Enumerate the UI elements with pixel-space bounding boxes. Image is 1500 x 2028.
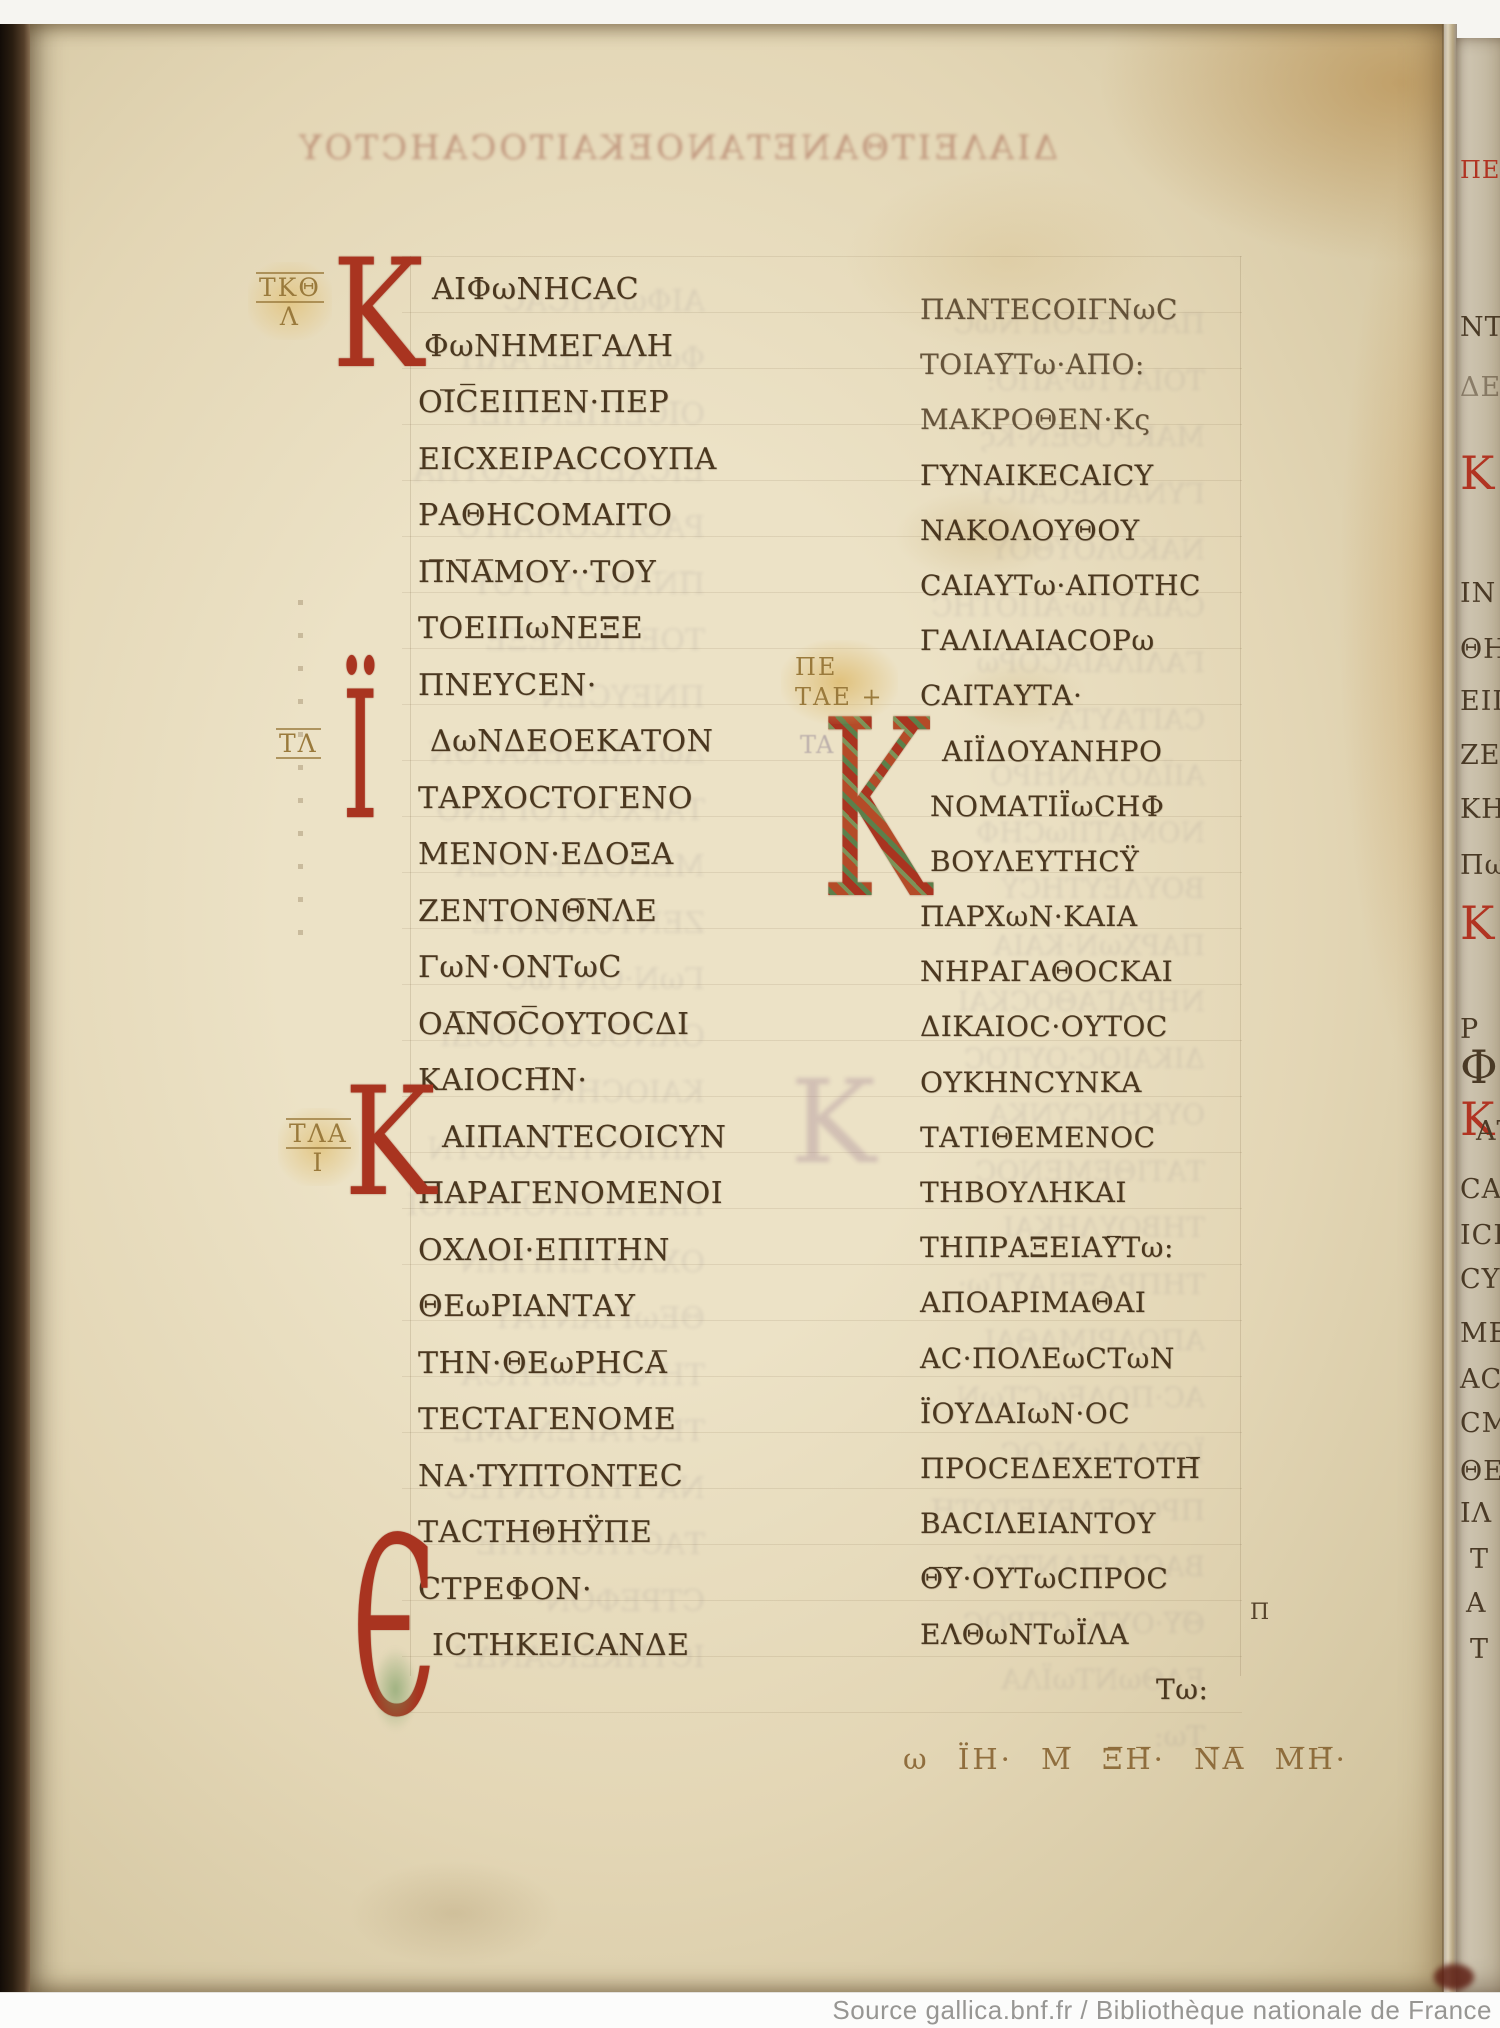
page-mark: Π: [1250, 1602, 1269, 1624]
text-line: ΡΑΘΗCΟΜΑΙΤΟ: [418, 488, 726, 545]
text-line: ΝΑΚΟΛΟΥΘΟΥ: [920, 503, 1208, 558]
text-line: ΒΑCΙΛΕΙΑΝΤΟΥ: [920, 1496, 1208, 1551]
facing-page-text-fragment: ΑCΑ: [1460, 1366, 1500, 1393]
text-line: ΓωΝ·ΟΝΤωC: [418, 940, 726, 997]
text-line: ΓΥΝΑΙΚΕCΑΙCΥ: [920, 448, 1208, 503]
facing-page-text-fragment: ΑΤ: [1476, 1118, 1500, 1145]
text-line: ΕΙCΧΕΙΡΑCCΟΥΠΑ: [418, 432, 726, 489]
pricking-dots: [298, 600, 303, 960]
facing-page-text-fragment: Κ: [1460, 900, 1495, 946]
facing-page-text-fragment: ΔΕ: [1460, 374, 1500, 401]
facing-page-text-fragment: Ρ: [1460, 1016, 1479, 1043]
text-line: ΪΟΥΔΑΙωΝ·ΟC: [920, 1386, 1208, 1441]
illuminated-initial: Κ: [820, 688, 933, 933]
lection-number: ΤΚΘ: [256, 272, 324, 303]
lection-canon: Λ: [256, 303, 324, 330]
text-line: ΕΛΘωΝΤωΪΛΑ: [920, 1607, 1208, 1662]
facing-page-text-fragment: ΘΕ: [1460, 1458, 1500, 1485]
text-line: ΤΕCΤΑΓΕΝΟΜΕ: [418, 1392, 726, 1449]
rubric-line-2: ΤΑΕ +: [795, 682, 884, 712]
text-line: ΤΗΝ·ΘΕωΡΗCΑ̅: [418, 1336, 726, 1393]
text-line: ΤΑΤΙΘΕΜΕΝΟC: [920, 1110, 1208, 1165]
text-line: ΝΑ·ΤΥΠΤΟΝΤΕC: [418, 1449, 726, 1506]
text-line: ΠΑΡΧωΝ·ΚΑΙΑ: [920, 889, 1208, 944]
text-line: ΔΙΚΑΙΟC·ΟΥΤΟC: [920, 999, 1208, 1054]
text-line: ΔωΝΔΕΟΕΚΑΤΟΝ: [430, 714, 726, 771]
text-line: ΑΠΟΑΡΙΜΑΘΑΙ: [920, 1275, 1208, 1330]
text-line: ΦωΝΗΜΕΓΑΛΗ: [424, 319, 726, 376]
binding-edge-blob: [1434, 1964, 1474, 1990]
text-line: Π̅Ν̅Α̅ΜΟΥ··ΤΟΥ: [418, 545, 726, 602]
illuminated-initial: Є: [352, 1506, 436, 1751]
margin-lection-note: ΤΛ: [276, 728, 321, 759]
lection-canon: Ι: [286, 1149, 351, 1176]
facing-page-text-fragment: ΖΕΝ: [1460, 742, 1500, 769]
text-line: ΠΡΟCΕΔΕΧΕΤΟΤΗ̅: [920, 1441, 1208, 1496]
text-line: Θ̅Υ̅·ΟΥΤωCΠΡΟC: [920, 1551, 1208, 1606]
text-line: ΜΑΚΡΟΘΕΝ·Κς: [920, 392, 1208, 447]
lection-number: ΤΛ: [276, 728, 321, 759]
facing-page-text-fragment: Κ: [1460, 450, 1495, 496]
text-line: ΟΙ̅C̅ΕΙΠΕΝ·ΠΕΡ: [418, 375, 726, 432]
text-line: ΘΕωΡΙΑΝΤΑΥ: [418, 1279, 726, 1336]
gallica-footer: Source gallica.bnf.fr / Bibliothèque nat…: [0, 1992, 1500, 2028]
facing-page-text-fragment: ΠΕ: [1460, 158, 1500, 182]
text-line: ΤΟΕΙΠωΝΕΞΕ: [418, 601, 726, 658]
text-line: ΑΙΪΔΟΥΑΝΗΡΟ: [942, 724, 1208, 779]
text-line: ΤΑCΤΗΘΗΫΠΕ: [418, 1505, 726, 1562]
text-line: ΤΑΡΧΟCΤΟΓΕΝΟ: [418, 771, 726, 828]
text-line: ΑC·ΠΟΛΕωCΤωΝ: [920, 1331, 1208, 1386]
facing-page-text-fragment: ΘΗ: [1460, 636, 1500, 663]
facing-page-text-fragment: ΜΕ: [1460, 1320, 1500, 1347]
facing-page-text-fragment: Πω: [1460, 852, 1500, 879]
facing-page-text-fragment: CΑΙ: [1460, 1176, 1500, 1203]
intercolumn-rubric: ΠΕ ΤΑΕ +: [795, 652, 884, 712]
text-line: ΤΗΒΟΥΛΗΚΑΙ: [920, 1165, 1208, 1220]
text-line: ΙCΤΗΚΕΙCΑΝΔΕ: [432, 1618, 726, 1675]
text-line: ΓΑΛΙΛΑΙΑCΟΡω: [920, 613, 1208, 668]
text-line: ΖΕΝΤΟΝΘ̅Ν̅ΛΕ: [418, 884, 726, 941]
facing-page-text-fragment: ΕΙΠ: [1460, 688, 1500, 715]
page-gutter: [1442, 24, 1457, 1992]
facing-page-text-fragment: ΙΝ: [1460, 580, 1496, 607]
facing-page-text-fragment: CΜ: [1460, 1410, 1500, 1437]
manuscript-page: [30, 24, 1444, 1992]
text-line: ΤΗΠΡΑΞΕΙΑΥ̅Τω:: [920, 1220, 1208, 1275]
text-line: ΝΟΜΑΤΙΪωCΗΦ: [930, 779, 1208, 834]
subscription-note: ω ΪΗ· Μ̅ Ξ̅Η̅· Ν̅Α̅ Μ̅Η̅·: [903, 1742, 1348, 1776]
facing-page-edge: ΠΕΝΤΔΕΚΙΝΘΗΕΙΠΖΕΝΚΗΠωΚΡΦΚΑΤCΑΙΙCΕCΥΜΕΑCΑ…: [1456, 38, 1500, 1992]
text-line: ΠΑΝΤΕCΟΙΓΝωC: [920, 282, 1208, 337]
text-line: ΟΥΚΗΝCΥΝΚΑ: [920, 1055, 1208, 1110]
page-mark: Κ: [790, 1066, 876, 1181]
rubric-line-1: ΠΕ: [795, 652, 884, 682]
text-line: ΝΗΡΑΓΑΘΟCΚΑΙ: [920, 944, 1208, 999]
text-line: CΤΡΕΦΟΝ·: [418, 1562, 726, 1619]
facing-page-text-fragment: ΝΤ: [1460, 314, 1500, 341]
text-line: ΚΑΙΟCΗ̅Ν·: [418, 1053, 726, 1110]
text-line: ΑΙΦωΝΗCΑC: [432, 262, 726, 319]
bleedthrough-title: ΔΙΑΛΕΙΤΘΑΝΕΤΑΝΟΕΚΑΙΤΟCΑΗCΤΟΥ: [378, 128, 1058, 176]
illuminated-initial: Κ: [332, 240, 424, 390]
text-line: CΑΙΤΑΥΤΑ·: [920, 668, 1208, 723]
right-text-column: ΠΑΝΤΕCΟΙΓΝωCΤΟΙΑΥ̅Τω·ΑΠΟ:ΜΑΚΡΟΘΕΝ·ΚςΓΥΝΑ…: [920, 282, 1208, 1717]
illuminated-initial: Ϊ: [342, 668, 379, 844]
text-line: ΠΝΕΥCΕΝ·: [418, 658, 726, 715]
margin-lection-note: ΤΛΑ Ι: [286, 1118, 351, 1176]
facing-page-text-fragment: Τ: [1470, 1546, 1489, 1573]
text-line: ΟΧΛΟΙ·ΕΠΙΤΗΝ: [418, 1223, 726, 1280]
source-attribution: Source gallica.bnf.fr / Bibliothèque nat…: [832, 1995, 1492, 2026]
text-line: ΒΟΥΛΕΥΤΗCΫ: [930, 834, 1208, 889]
facing-page-text-fragment: Α: [1466, 1590, 1487, 1617]
facing-page-text-fragment: ΙCΕ: [1460, 1222, 1500, 1249]
facing-page-text-fragment: CΥ: [1460, 1266, 1500, 1293]
text-line: ΑΙΠΑΝΤΕCΟΙCΥΝ: [442, 1110, 726, 1167]
page-mark: ΤΑ: [800, 733, 833, 757]
text-line: ΜΕΝΟΝ·ΕΔΟΞΑ: [418, 827, 726, 884]
book-spine-edge: [0, 24, 32, 1992]
text-line: ΤΟΙΑΥ̅Τω·ΑΠΟ:: [920, 337, 1208, 392]
text-line: CΑΙΑΥΤω·ΑΠΟΤΗC: [920, 558, 1208, 613]
text-line: Τω:: [1156, 1662, 1208, 1717]
left-text-column: ΑΙΦωΝΗCΑCΦωΝΗΜΕΓΑΛΗΟΙ̅C̅ΕΙΠΕΝ·ΠΕΡΕΙCΧΕΙΡ…: [418, 262, 726, 1675]
lection-number: ΤΛΑ: [286, 1118, 351, 1149]
facing-page-text-fragment: Τ: [1470, 1636, 1489, 1663]
text-line: ΟΑ̅Ν̅Ο̅C̅ΟΥΤΟCΔΙ: [418, 997, 726, 1054]
text-line: ΠΑΡΑΓΕΝΟΜΕΝΟΙ: [418, 1166, 726, 1223]
facing-page-text-fragment: ΚΗ: [1460, 796, 1500, 823]
facing-page-text-fragment: Φ: [1460, 1044, 1499, 1090]
facing-page-text-fragment: ΙΛ: [1460, 1500, 1492, 1527]
margin-lection-note: ΤΚΘ Λ: [256, 272, 324, 330]
